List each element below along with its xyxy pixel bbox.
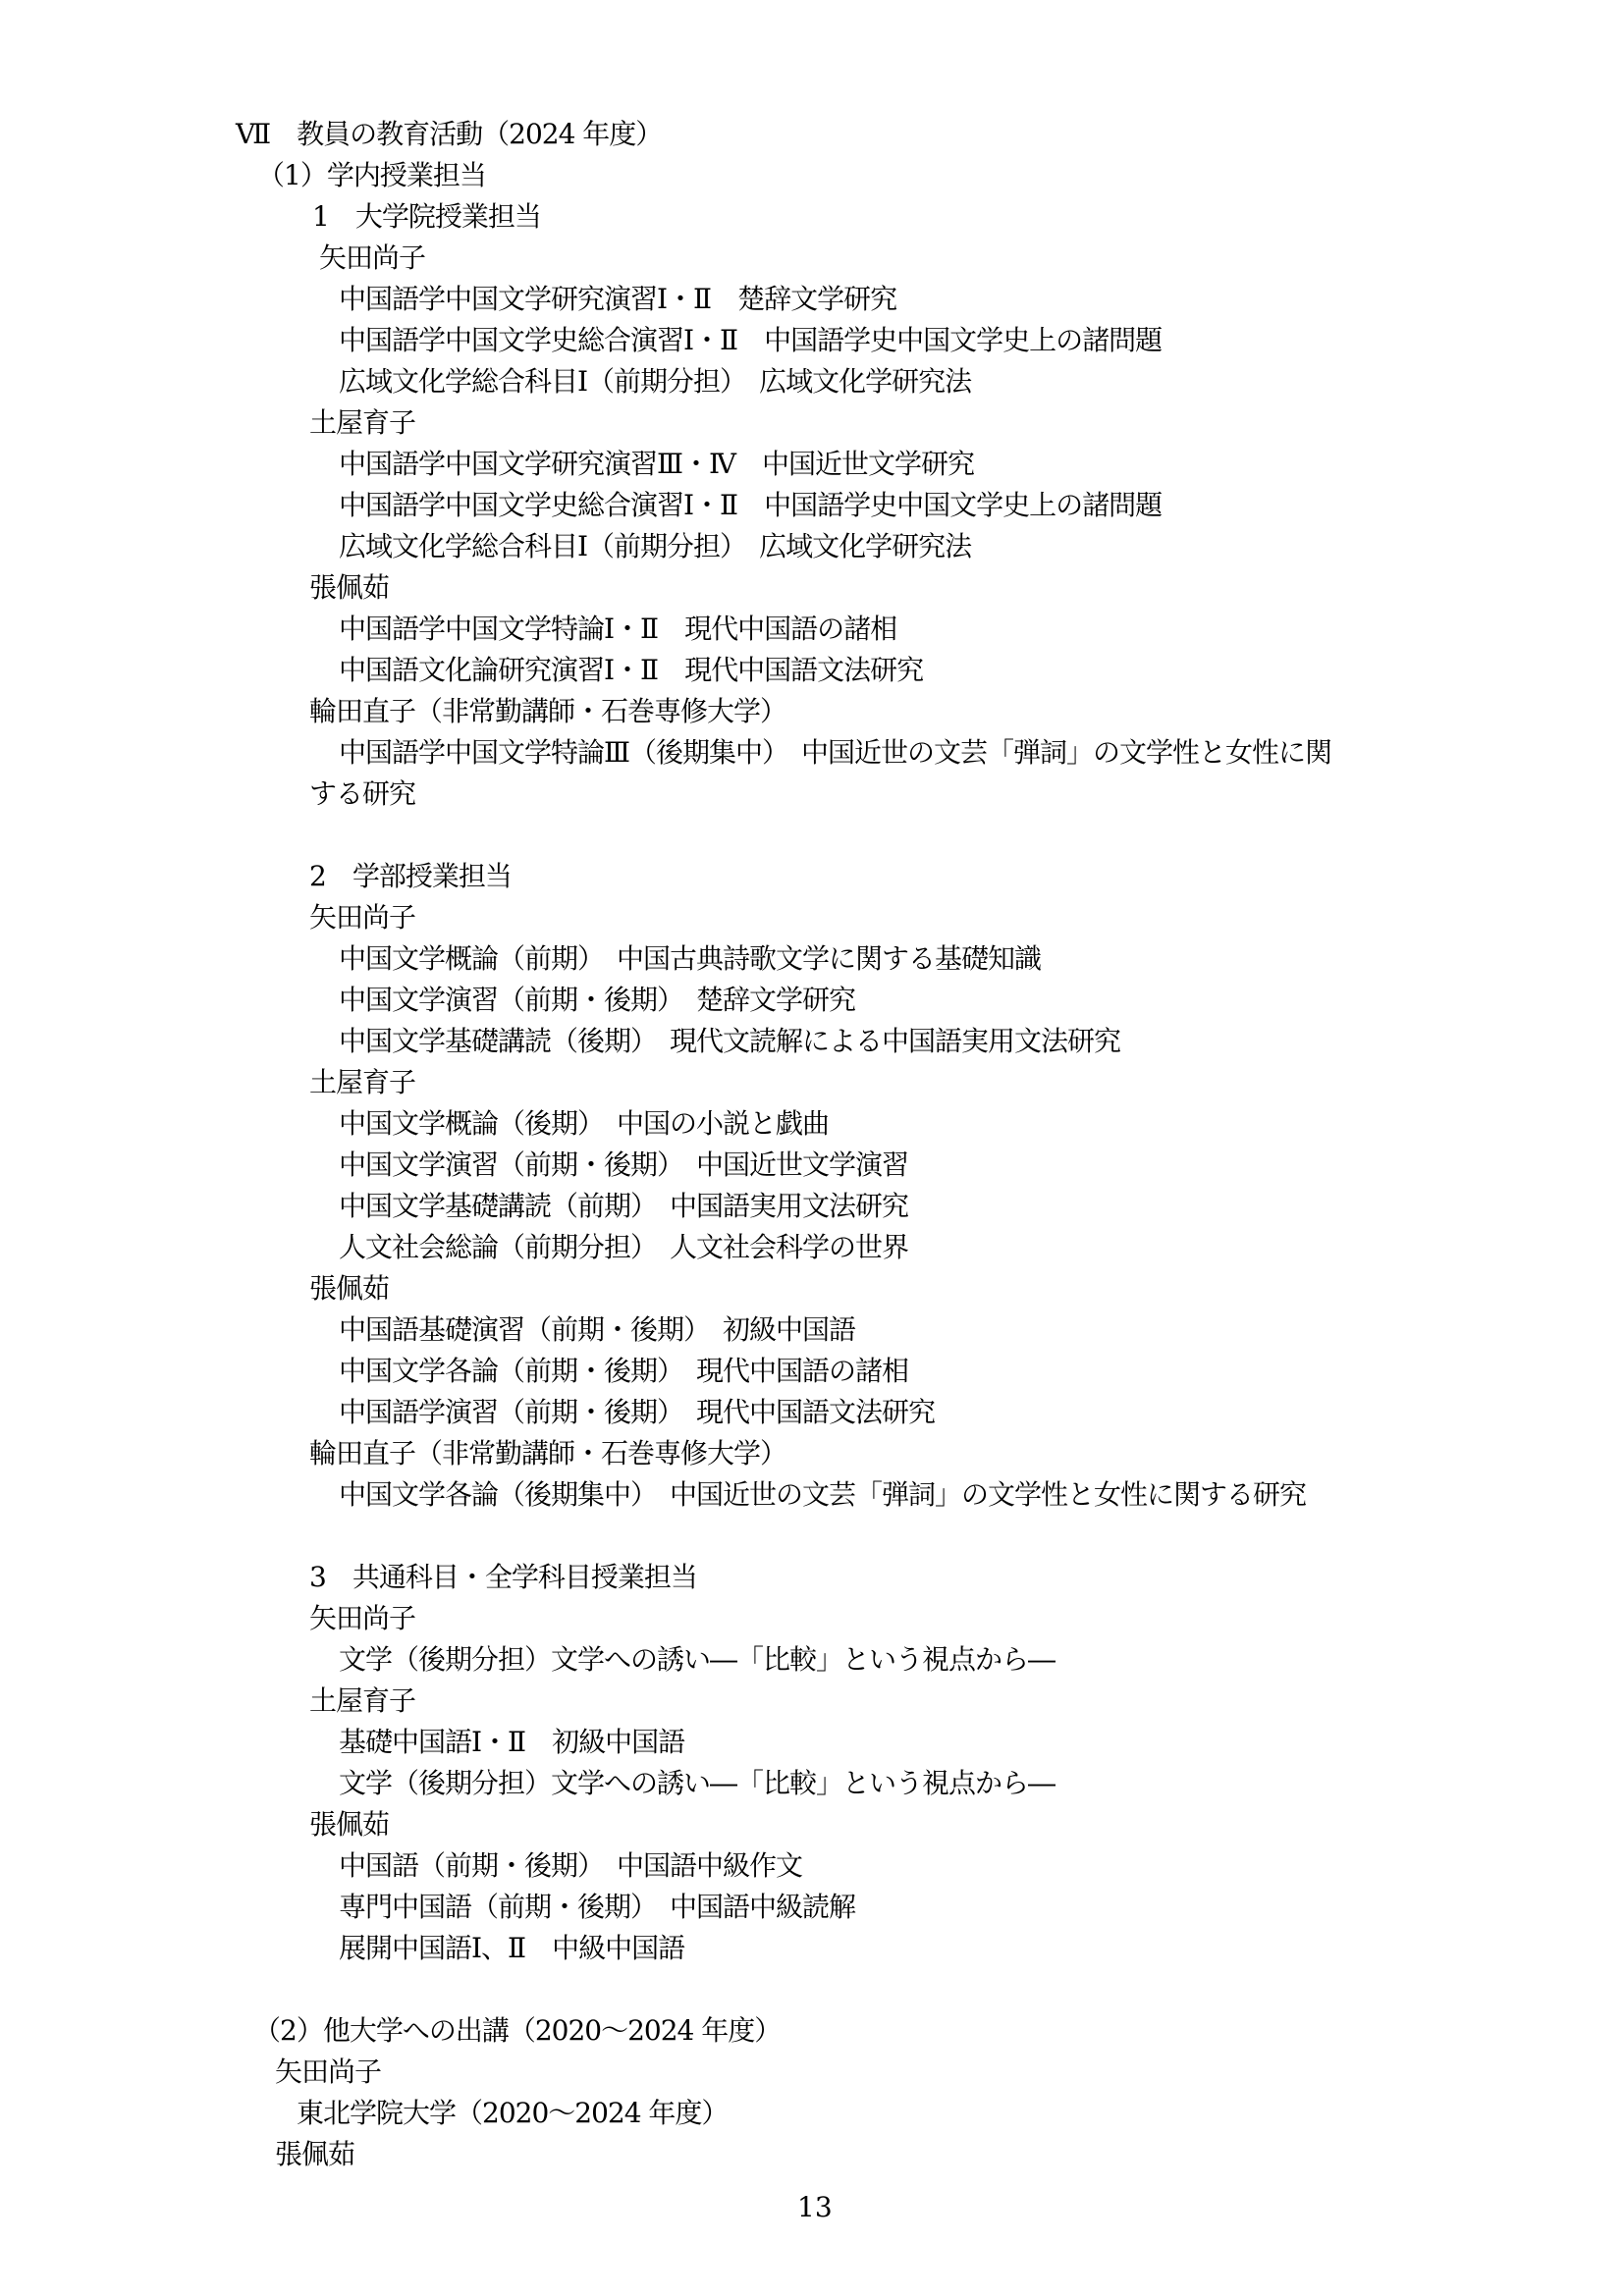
section-heading-1: （1）学内授業担当 <box>257 155 486 196</box>
course-line: 中国文学概論（前期） 中国古典詩歌文学に関する基礎知識 <box>339 938 1041 980</box>
course-line: 展開中国語Ⅰ、Ⅱ 中級中国語 <box>339 1928 684 1969</box>
course-line: 文学（後期分担）文学への誘い―「比較」という視点から― <box>339 1639 1055 1681</box>
course-line: 中国語学中国文学史総合演習Ⅰ・Ⅱ 中国語学史中国文学史上の諸問題 <box>339 485 1162 526</box>
teacher-name: 張佩茹 <box>309 567 389 609</box>
teacher-name: 輪田直子（非常勤講師・石巻専修大学） <box>309 691 786 732</box>
teacher-name: 張佩茹 <box>309 1268 389 1309</box>
document-page: Ⅶ 教員の教育活動（2024 年度） （1）学内授業担当 1 大学院授業担当 矢… <box>0 0 1624 2296</box>
course-line: 中国文学概論（後期） 中国の小説と戯曲 <box>339 1103 829 1145</box>
teacher-name: 張佩茹 <box>275 2134 354 2175</box>
page-number: 13 <box>797 2187 833 2228</box>
course-line: 専門中国語（前期・後期） 中国語中級読解 <box>339 1887 855 1928</box>
teacher-name: 輪田直子（非常勤講師・石巻専修大学） <box>309 1433 786 1474</box>
subsection-heading-grad: 1 大学院授業担当 <box>312 196 541 238</box>
course-line: 中国文学演習（前期・後期） 中国近世文学演習 <box>339 1145 908 1186</box>
teacher-name: 矢田尚子 <box>319 238 425 279</box>
subsection-heading-common: 3 共通科目・全学科目授業担当 <box>309 1557 697 1598</box>
course-line: 中国語学演習（前期・後期） 現代中国語文法研究 <box>339 1392 935 1433</box>
teacher-name: 土屋育子 <box>309 402 415 444</box>
course-line: 中国語学中国文学研究演習Ⅰ・Ⅱ 楚辞文学研究 <box>339 279 896 320</box>
course-line-continued: する研究 <box>309 774 415 815</box>
course-line: 中国文学各論（後期集中） 中国近世の文芸「弾詞」の文学性と女性に関する研究 <box>339 1474 1306 1516</box>
teacher-name: 張佩茹 <box>309 1804 389 1845</box>
course-line: 広域文化学総合科目Ⅰ（前期分担） 広域文化学研究法 <box>339 361 971 402</box>
chapter-title: Ⅶ 教員の教育活動（2024 年度） <box>236 114 662 155</box>
course-line: 中国語（前期・後期） 中国語中級作文 <box>339 1845 802 1887</box>
section-heading-2: （2）他大学への出講（2020～2024 年度） <box>253 2010 781 2052</box>
teacher-name: 土屋育子 <box>309 1681 415 1722</box>
lecture-item: 東北学院大学（2020～2024 年度） <box>297 2093 728 2134</box>
teacher-name: 矢田尚子 <box>309 897 415 938</box>
course-line: 中国文学基礎講読（前期） 中国語実用文法研究 <box>339 1186 908 1227</box>
course-line: 中国文学各論（前期・後期） 現代中国語の諸相 <box>339 1351 908 1392</box>
course-line: 基礎中国語Ⅰ・Ⅱ 初級中国語 <box>339 1722 684 1763</box>
course-line: 中国語学中国文学史総合演習Ⅰ・Ⅱ 中国語学史中国文学史上の諸問題 <box>339 320 1162 361</box>
course-line: 中国語学中国文学特論Ⅰ・Ⅱ 現代中国語の諸相 <box>339 609 896 650</box>
teacher-name: 土屋育子 <box>309 1062 415 1103</box>
course-line: 人文社会総論（前期分担） 人文社会科学の世界 <box>339 1227 908 1268</box>
course-line: 中国語学中国文学特論Ⅲ（後期集中） 中国近世の文芸「弾詞」の文学性と女性に関 <box>339 732 1331 774</box>
course-line: 広域文化学総合科目Ⅰ（前期分担） 広域文化学研究法 <box>339 526 971 567</box>
subsection-heading-undergrad: 2 学部授業担当 <box>309 856 512 897</box>
course-line: 中国語学中国文学研究演習Ⅲ・Ⅳ 中国近世文学研究 <box>339 444 974 485</box>
course-line: 中国文学基礎講読（後期） 現代文読解による中国語実用文法研究 <box>339 1021 1120 1062</box>
course-line: 中国文学演習（前期・後期） 楚辞文学研究 <box>339 980 855 1021</box>
course-line: 文学（後期分担）文学への誘い―「比較」という視点から― <box>339 1763 1055 1804</box>
teacher-name: 矢田尚子 <box>275 2052 381 2093</box>
course-line: 中国語文化論研究演習Ⅰ・Ⅱ 現代中国語文法研究 <box>339 650 923 691</box>
teacher-name: 矢田尚子 <box>309 1598 415 1639</box>
course-line: 中国語基礎演習（前期・後期） 初級中国語 <box>339 1309 855 1351</box>
